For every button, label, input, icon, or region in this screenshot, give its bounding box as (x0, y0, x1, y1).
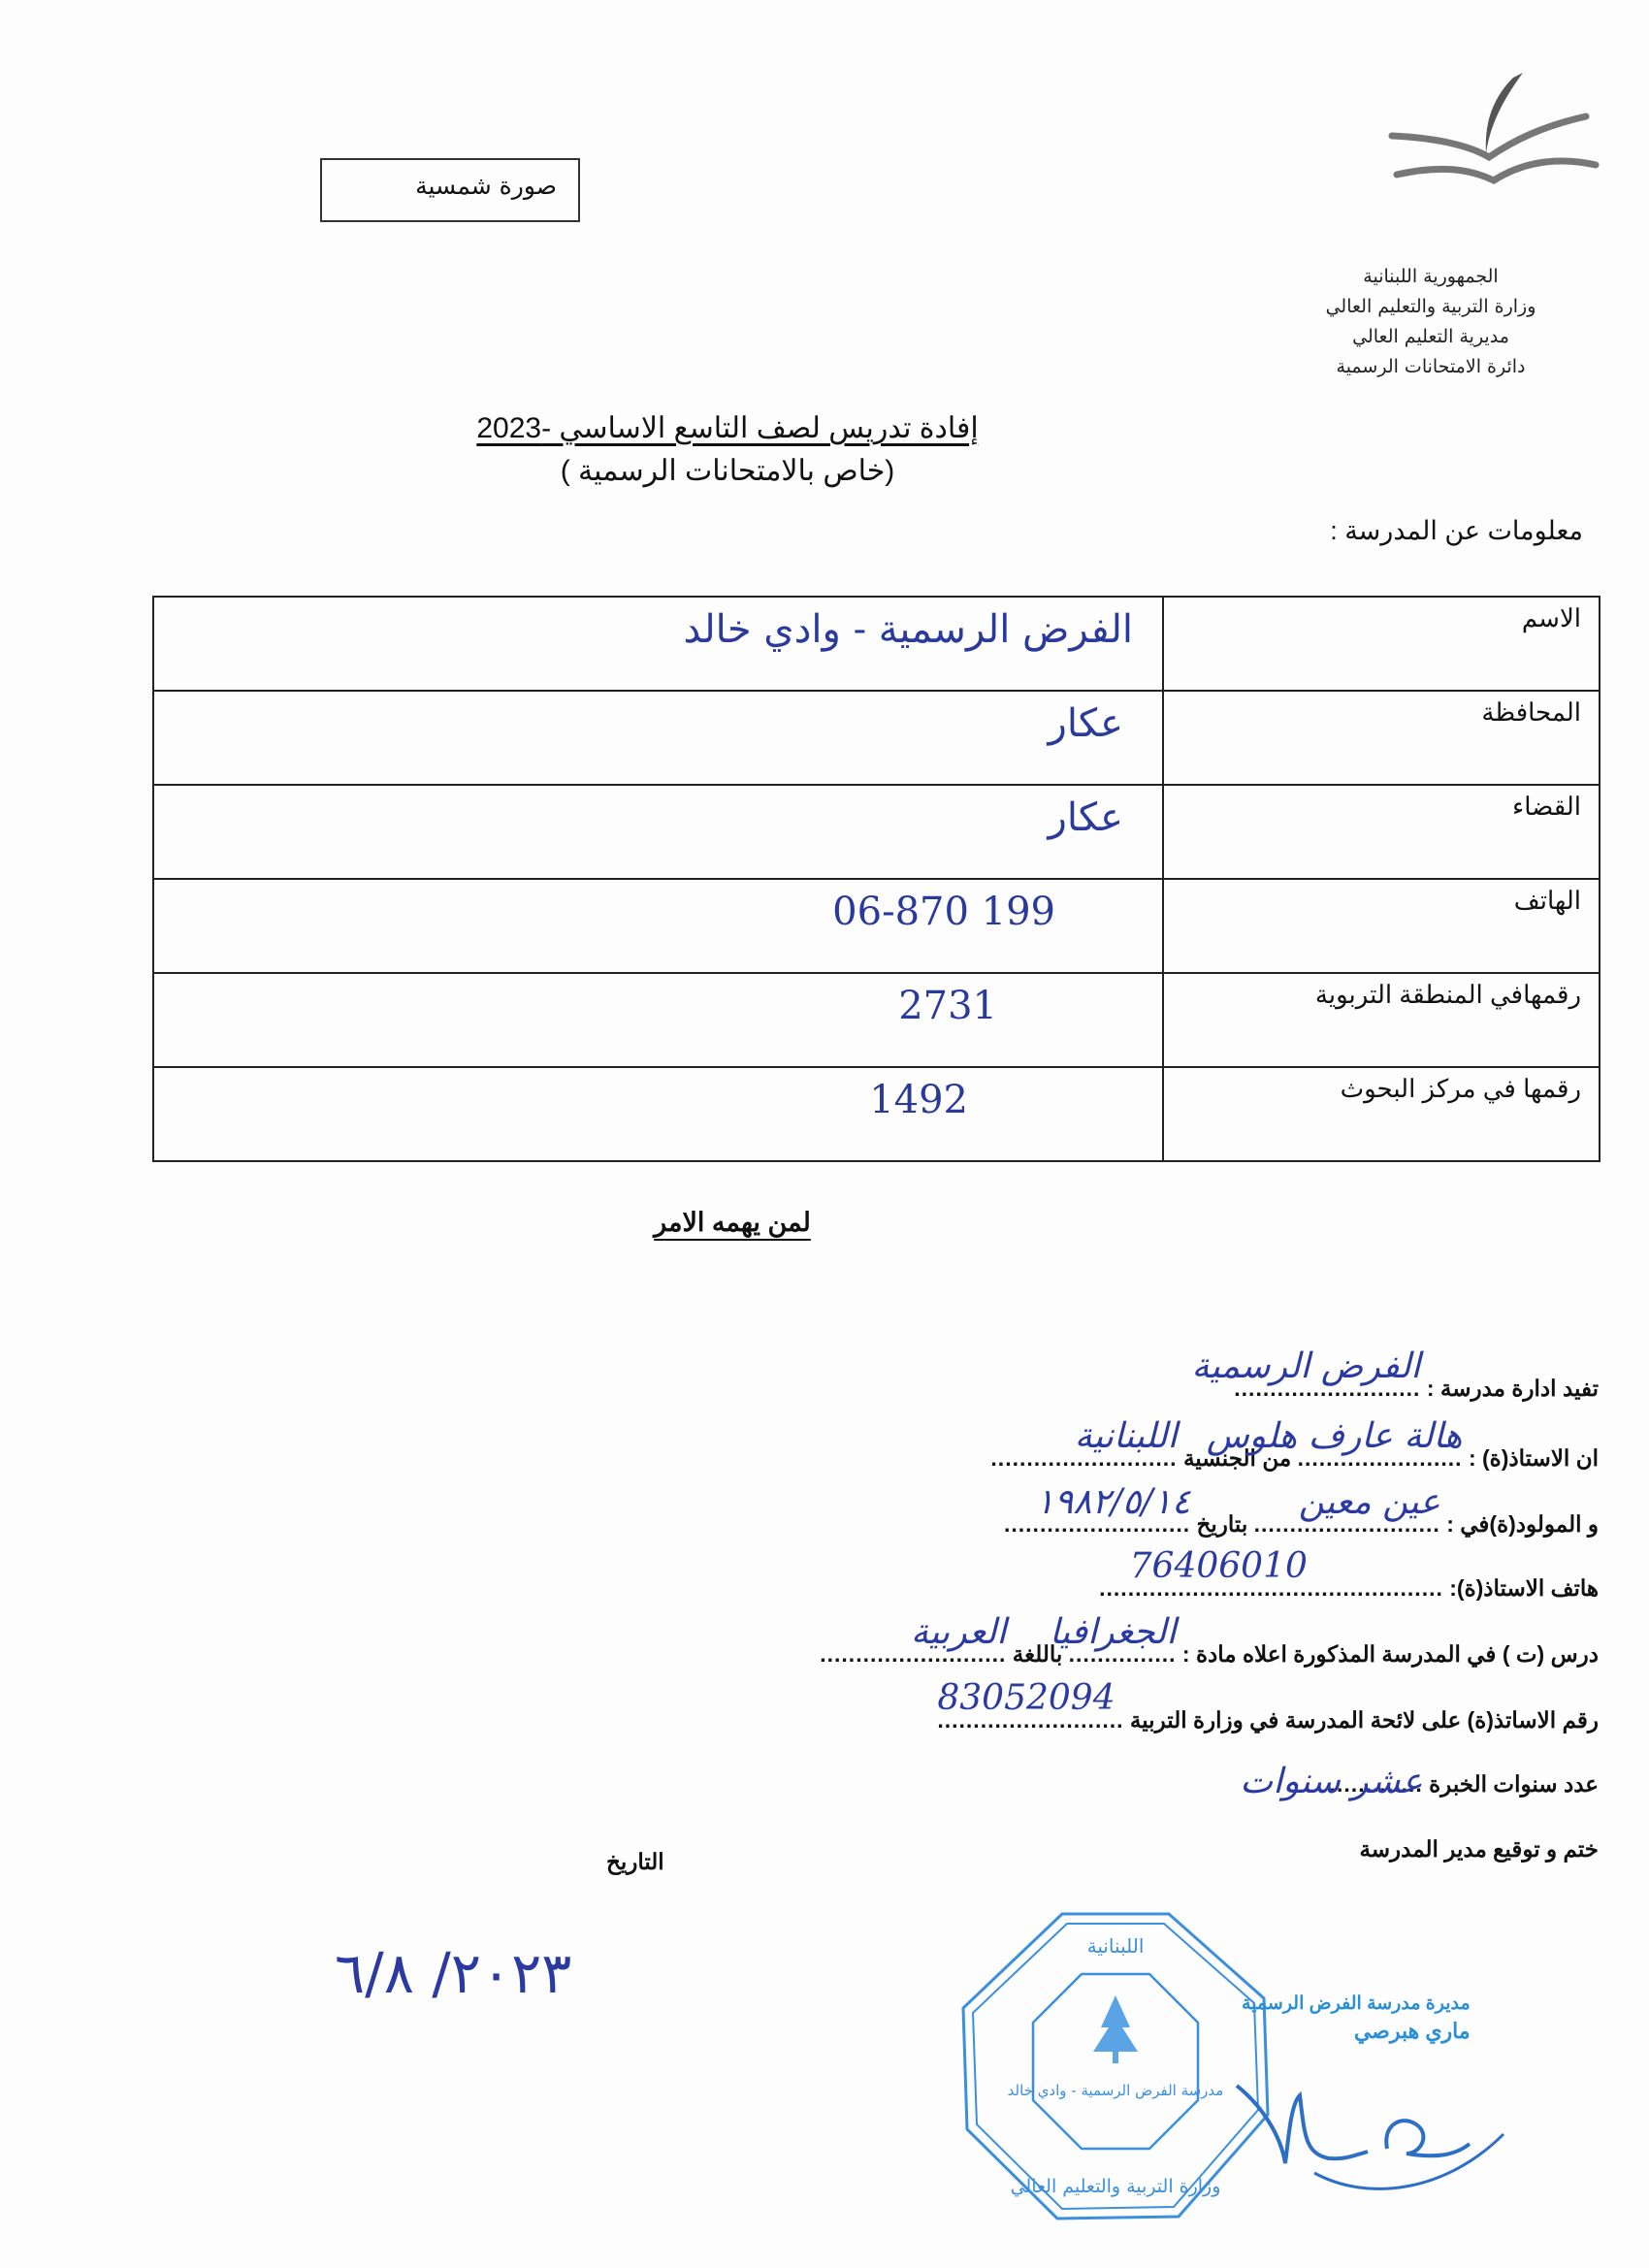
row-label: الاسم (1163, 597, 1600, 691)
principal-name: ماري هبرصي (1242, 2018, 1471, 2045)
teacher-label: ان الاستاذ(ة) : (1469, 1445, 1599, 1471)
organization-header: الجمهورية اللبنانية وزارة التربية والتعل… (1266, 262, 1596, 382)
school-name-value[interactable]: الفرض الرسمية - وادي خالد (153, 597, 1163, 691)
experience-field[interactable]: .............عشر سنوات (1330, 1771, 1423, 1798)
school-field[interactable]: ..........................الفرض الرسمية (1234, 1376, 1420, 1402)
certificate-birth-line: و المولود(ة)في : .......................… (1004, 1511, 1599, 1538)
table-row: المحافظة عكار (153, 691, 1600, 785)
date-label: التاريخ (606, 1849, 664, 1875)
ministry-number-label: رقم الاساتذ(ة) على لائحة المدرسة في وزار… (1130, 1707, 1599, 1733)
svg-text:اللبنانية: اللبنانية (1087, 1934, 1145, 1958)
subject-field[interactable]: ...............الجغرافيا (1069, 1641, 1177, 1668)
org-line-ministry: وزارة التربية والتعليم العالي (1266, 292, 1596, 322)
svg-text:مدرسة الفرض الرسمية - وادي خال: مدرسة الفرض الرسمية - وادي خالد (1008, 2082, 1224, 2100)
open-book-logo-icon (1387, 68, 1610, 184)
table-row: رقمها في مركز البحوث 1492 (153, 1067, 1600, 1161)
table-row: رقمهافي المنطقة التربوية 2731 (153, 973, 1600, 1067)
principal-signature-label: ختم و توقيع مدير المدرسة (1359, 1836, 1599, 1863)
row-label: الهاتف (1163, 879, 1600, 973)
table-row: القضاء عكار (153, 785, 1600, 879)
governorate-value[interactable]: عكار (153, 691, 1163, 785)
phone-value[interactable]: 06-870 199 (153, 879, 1163, 973)
district-value[interactable]: عكار (153, 785, 1163, 879)
certificate-subject-line: درس (ت ) في المدرسة المذكورة اعلاه مادة … (820, 1641, 1599, 1668)
photo-box: صورة شمسية (320, 158, 580, 222)
svg-text:وزارة التربية والتعليم العالي: وزارة التربية والتعليم العالي (1011, 2176, 1221, 2197)
school-info-heading: معلومات عن المدرسة : (1330, 516, 1583, 546)
teacher-name-field[interactable]: .......................هالة عارف هلوس (1298, 1445, 1463, 1472)
principal-name-stamp: مديرة مدرسة الفرض الرسمية ماري هبرصي (1242, 1991, 1471, 2045)
principal-title: مديرة مدرسة الفرض الرسمية (1242, 1991, 1471, 2018)
teacher-phone-label: هاتف الاستاذ(ة): (1449, 1575, 1599, 1601)
born-label: و المولود(ة)في : (1446, 1511, 1599, 1537)
handwritten-date[interactable]: ٢٠٢٣/ ٦/٨ (335, 1940, 571, 2006)
research-center-number-value[interactable]: 1492 (153, 1067, 1163, 1161)
document-title: إفادة تدريس لصف التاسع الاساسي -2023 (خا… (291, 407, 1164, 493)
org-line-directorate: مديرية التعليم العالي (1266, 322, 1596, 352)
certificate-experience-line: عدد سنوات الخبرة .............عشر سنوات (1330, 1771, 1599, 1798)
certificate-school-line: تفيد ادارة مدرسة : .....................… (1234, 1376, 1599, 1402)
subject-label: درس (ت ) في المدرسة المذكورة اعلاه مادة … (1182, 1641, 1599, 1667)
birthdate-field[interactable]: ..........................١٩٨٢/٥/١٤ (1004, 1511, 1190, 1538)
title-line-1: إفادة تدريس لصف التاسع الاساسي -2023 (291, 407, 1164, 450)
org-line-exams-dept: دائرة الامتحانات الرسمية (1266, 352, 1596, 382)
principal-signature-icon (1222, 2066, 1513, 2202)
row-label: رقمهافي المنطقة التربوية (1163, 973, 1600, 1067)
experience-label: عدد سنوات الخبرة (1429, 1771, 1599, 1797)
row-label: المحافظة (1163, 691, 1600, 785)
table-row: الاسم الفرض الرسمية - وادي خالد (153, 597, 1600, 691)
nationality-field[interactable]: ..........................اللبنانية (990, 1445, 1177, 1472)
certificate-ministry-number-line: رقم الاساتذ(ة) على لائحة المدرسة في وزار… (937, 1707, 1599, 1733)
teacher-phone-field[interactable]: ........................................… (1099, 1575, 1443, 1602)
title-line-2: (خاص بالامتحانات الرسمية ) (291, 450, 1164, 493)
to-whom-it-may-concern-heading: لمن يهمه الامر (621, 1208, 844, 1238)
certificate-teacher-line: ان الاستاذ(ة) : .......................ه… (990, 1445, 1599, 1472)
certificate-phone-line: هاتف الاستاذ(ة): .......................… (1099, 1575, 1599, 1602)
photo-box-label: صورة شمسية (415, 172, 557, 200)
ministry-number-field[interactable]: ..........................83052094 (937, 1707, 1123, 1733)
row-label: رقمها في مركز البحوث (1163, 1067, 1600, 1161)
birthdate-label: بتاريخ (1197, 1511, 1248, 1537)
org-line-republic: الجمهورية اللبنانية (1266, 262, 1596, 292)
school-info-table: الاسم الفرض الرسمية - وادي خالد المحافظة… (152, 596, 1600, 1162)
language-field[interactable]: ..........................العربية (820, 1641, 1006, 1668)
educational-zone-number-value[interactable]: 2731 (153, 973, 1163, 1067)
school-label: تفيد ادارة مدرسة : (1427, 1376, 1599, 1401)
table-row: الهاتف 06-870 199 (153, 879, 1600, 973)
birthplace-field[interactable]: ..........................عين معين (1254, 1511, 1440, 1538)
row-label: القضاء (1163, 785, 1600, 879)
